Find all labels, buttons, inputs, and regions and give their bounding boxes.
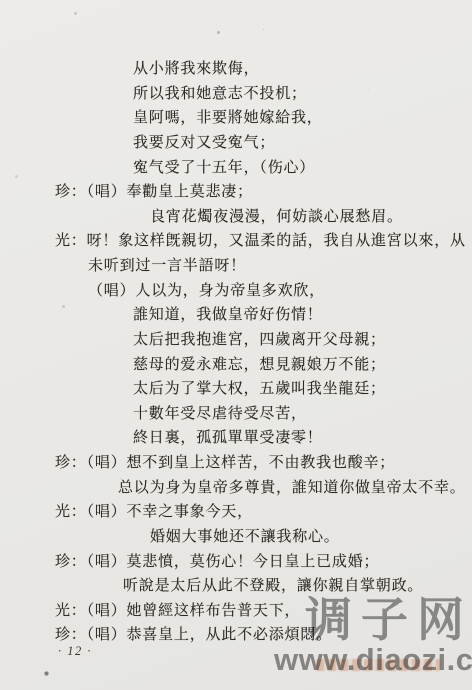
watermark-brand: 调子网 — [305, 592, 472, 648]
scan-noise-specks — [0, 0, 1, 1]
watermark-url: www.diaozi.com — [274, 643, 472, 677]
text-line: 太后把我抱進宮，四歲离开父母親； — [0, 328, 472, 353]
text-line: 我要反对又受寃气； — [0, 131, 472, 156]
page-number: · 12 · — [58, 644, 92, 659]
text-line: 珍：（唱）莫悲憤，莫伤心！今日皇上已成婚； — [0, 550, 472, 575]
text-line: 十數年受尽虐待受尽苦， — [0, 402, 472, 427]
text-line: 未听到过一言半語呀！ — [0, 254, 472, 279]
text-line: 光：（唱）不幸之事象今天， — [0, 500, 472, 525]
text-line: （唱）人以为，身为帝皇多欢欣， — [0, 279, 472, 304]
text-line: 珍：（唱）奉勸皇上莫悲凄； — [0, 180, 472, 205]
text-line: 婚姻大事她还不讓我称心。 — [0, 525, 472, 550]
text-line: 終日裏，孤孤單單受凄零！ — [0, 426, 472, 451]
text-line: 皇阿嗎，非要將她嫁給我， — [0, 106, 472, 131]
text-line: 珍：（唱）想不到皇上这样苦，不由教我也酸辛； — [0, 451, 472, 476]
text-line: 良宵花燭夜漫漫，何妨談心展愁眉。 — [0, 205, 472, 230]
scanned-book-page: 从小將我來欺侮，所以我和她意志不投机；皇阿嗎，非要將她嫁給我，我要反对又受寃气；… — [0, 0, 472, 690]
text-line: 总以为身为皇帝多尊貴，誰知道你做皇帝太不幸。 — [0, 476, 472, 501]
text-line: 寃气受了十五年，（伤心） — [0, 156, 472, 181]
text-line: 太后为了掌大权，五歲叫我坐龍廷； — [0, 377, 472, 402]
text-line: 从小將我來欺侮， — [0, 57, 472, 82]
text-line: 慈母的爱永难忘，想見親娘万不能； — [0, 353, 472, 378]
page-text: 从小將我來欺侮，所以我和她意志不投机；皇阿嗎，非要將她嫁給我，我要反对又受寃气；… — [0, 57, 472, 648]
text-line: 光：呀！象这样旣親切，又温柔的話，我自从進宮以來，从 — [0, 229, 472, 254]
text-line: 所以我和她意志不投机； — [0, 82, 472, 107]
text-line: 誰知道，我做皇帝好伤情！ — [0, 303, 472, 328]
